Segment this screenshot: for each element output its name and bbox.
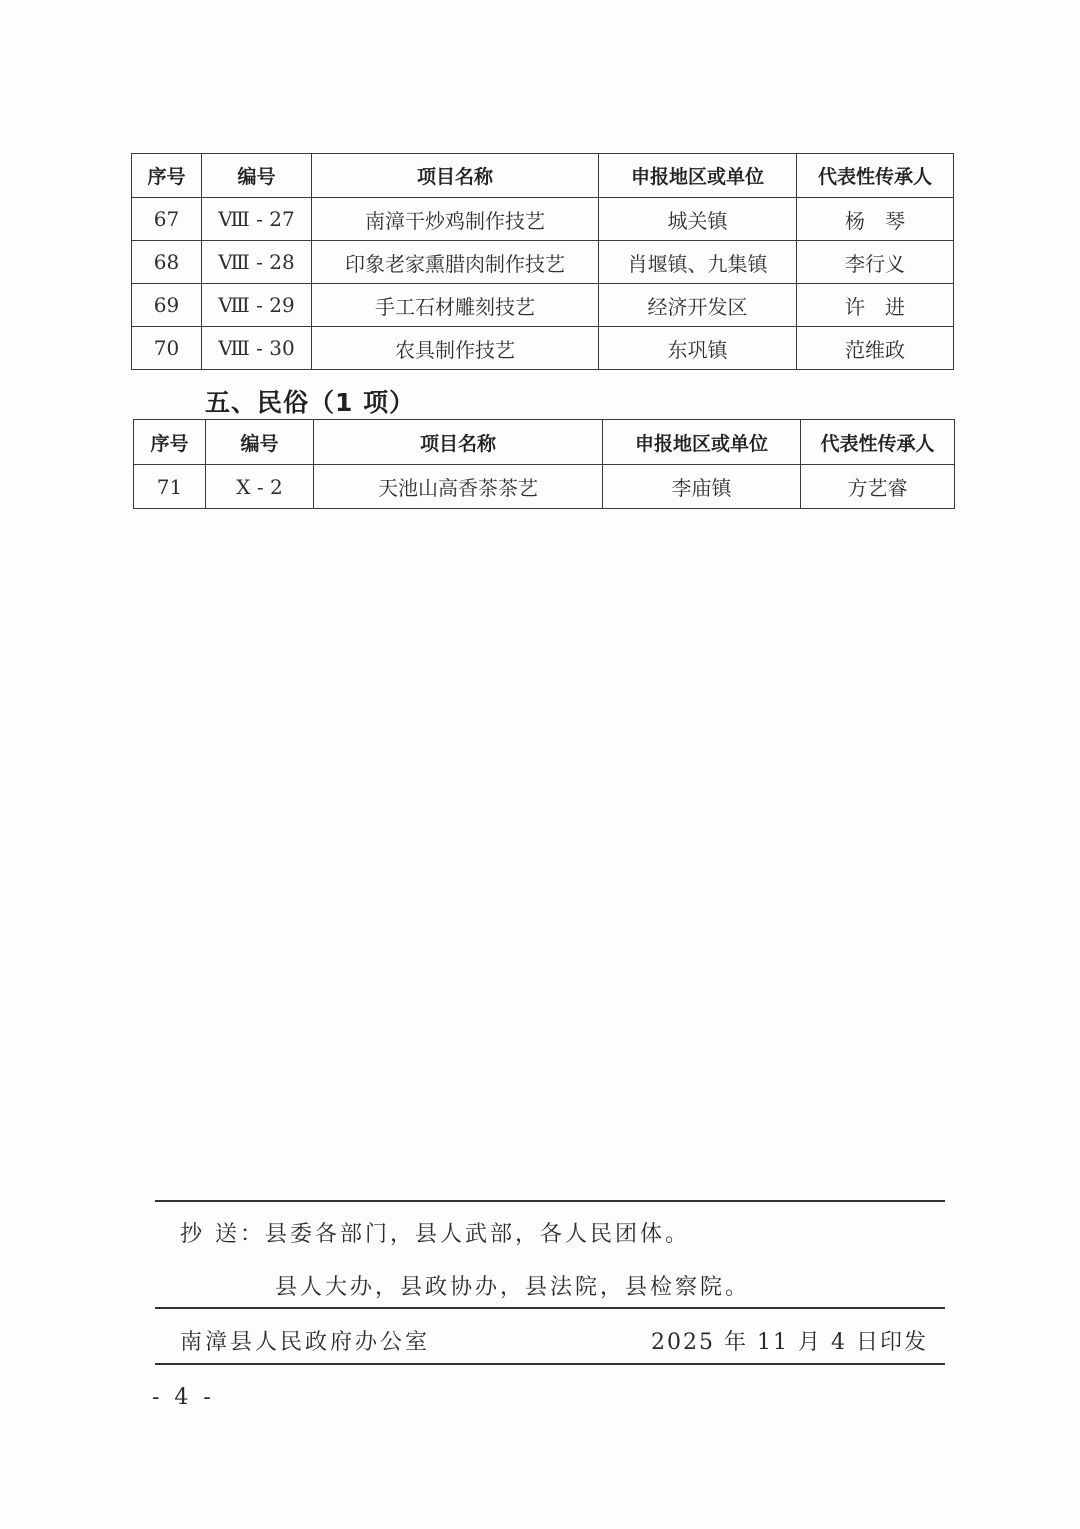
issue-date: 2025 年 11 月 4 日印发 — [651, 1325, 928, 1356]
divider-top — [155, 1200, 945, 1202]
header-cell: 项目名称 — [314, 420, 603, 465]
cell-index: 68 — [132, 241, 202, 284]
cell-project-name: 农具制作技艺 — [312, 327, 599, 370]
cell-project-name: 手工石材雕刻技艺 — [312, 284, 599, 327]
cc-recipients-line-2: 县人大办，县政协办，县法院，县检察院。 — [275, 1270, 750, 1301]
divider-bottom — [155, 1363, 945, 1365]
heritage-table-crafts: 序号 编号 项目名称 申报地区或单位 代表性传承人 67 Ⅷ - 27 南漳干炒… — [131, 153, 954, 370]
cell-project-name: 南漳干炒鸡制作技艺 — [312, 198, 599, 241]
cell-region: 李庙镇 — [603, 465, 801, 509]
divider-middle — [155, 1307, 945, 1309]
cell-inheritor: 杨 琴 — [797, 198, 954, 241]
cell-region: 经济开发区 — [599, 284, 797, 327]
table-header-row: 序号 编号 项目名称 申报地区或单位 代表性传承人 — [134, 420, 955, 465]
table-row: 68 Ⅷ - 28 印象老家熏腊肉制作技艺 肖堰镇、九集镇 李行义 — [132, 241, 954, 284]
header-cell: 序号 — [132, 154, 202, 198]
cell-region: 肖堰镇、九集镇 — [599, 241, 797, 284]
cc-recipients-line-1: 抄 送：县委各部门，县人武部，各人民团体。 — [180, 1217, 690, 1248]
issuing-office: 南漳县人民政府办公室 — [180, 1325, 430, 1356]
header-cell: 编号 — [206, 420, 314, 465]
header-cell: 申报地区或单位 — [599, 154, 797, 198]
table-row: 70 Ⅷ - 30 农具制作技艺 东巩镇 范维政 — [132, 327, 954, 370]
section-title-folk-customs: 五、民俗（1 项） — [205, 383, 415, 419]
cell-code: Ⅷ - 28 — [202, 241, 312, 284]
header-cell: 代表性传承人 — [797, 154, 954, 198]
cell-project-name: 天池山高香茶茶艺 — [314, 465, 603, 509]
cell-code: Ⅹ - 2 — [206, 465, 314, 509]
cell-index: 71 — [134, 465, 206, 509]
cell-inheritor: 许 进 — [797, 284, 954, 327]
table-row: 69 Ⅷ - 29 手工石材雕刻技艺 经济开发区 许 进 — [132, 284, 954, 327]
cell-index: 67 — [132, 198, 202, 241]
table-header-row: 序号 编号 项目名称 申报地区或单位 代表性传承人 — [132, 154, 954, 198]
table-row: 71 Ⅹ - 2 天池山高香茶茶艺 李庙镇 方艺睿 — [134, 465, 955, 509]
header-cell: 代表性传承人 — [801, 420, 955, 465]
heritage-table-folk-customs: 序号 编号 项目名称 申报地区或单位 代表性传承人 71 Ⅹ - 2 天池山高香… — [133, 419, 955, 509]
cell-inheritor: 方艺睿 — [801, 465, 955, 509]
cell-index: 70 — [132, 327, 202, 370]
cell-index: 69 — [132, 284, 202, 327]
cell-inheritor: 范维政 — [797, 327, 954, 370]
cell-code: Ⅷ - 30 — [202, 327, 312, 370]
cell-inheritor: 李行义 — [797, 241, 954, 284]
cell-region: 东巩镇 — [599, 327, 797, 370]
header-cell: 项目名称 — [312, 154, 599, 198]
header-cell: 申报地区或单位 — [603, 420, 801, 465]
cell-region: 城关镇 — [599, 198, 797, 241]
header-cell: 序号 — [134, 420, 206, 465]
cell-code: Ⅷ - 29 — [202, 284, 312, 327]
page-number: - 4 - — [152, 1385, 215, 1410]
table-row: 67 Ⅷ - 27 南漳干炒鸡制作技艺 城关镇 杨 琴 — [132, 198, 954, 241]
header-cell: 编号 — [202, 154, 312, 198]
cell-project-name: 印象老家熏腊肉制作技艺 — [312, 241, 599, 284]
cell-code: Ⅷ - 27 — [202, 198, 312, 241]
